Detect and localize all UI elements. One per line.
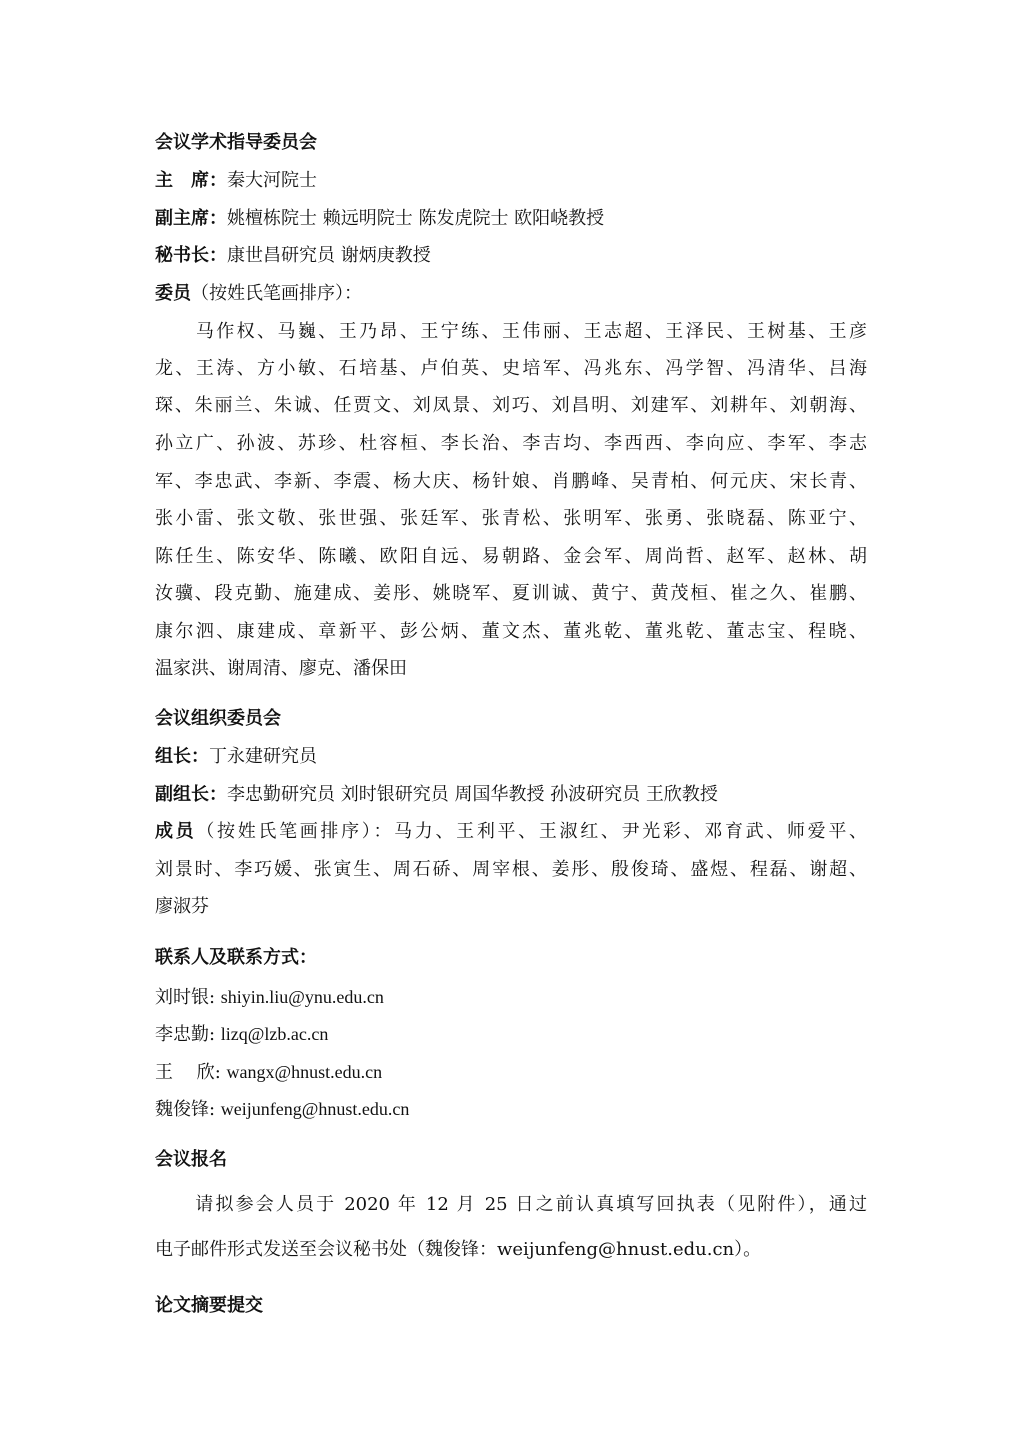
leader-value: 丁永建研究员 <box>209 746 317 767</box>
academic-committee-title: 会议学术指导委员会 <box>155 131 317 155</box>
secretary-value: 康世昌研究员 谢炳庚教授 <box>227 245 431 266</box>
members-line: 孙立广、孙波、苏珍、杜容桓、李长治、李吉均、李西西、李向应、李军、李志 <box>155 432 867 456</box>
contact-item: 李忠勤: lizq@lzb.ac.cn <box>155 1022 328 1047</box>
members-line: 康尔泗、康建成、章新平、彭公炳、董文杰、董兆乾、董兆乾、董志宝、程晓、 <box>155 620 867 644</box>
chair-value: 秦大河院士 <box>227 170 317 191</box>
secretary-row: 秘书长：康世昌研究员 谢炳庚教授 <box>155 244 431 268</box>
contact-item: 王 欣: wangx@hnust.edu.cn <box>155 1060 382 1085</box>
org-members-line: 廖淑芬 <box>155 895 209 919</box>
org-members-first-line: （按姓氏笔画排序）：马力、王利平、王淑红、尹光彩、邓育武、师爱平、 <box>196 821 867 842</box>
chair-row: 主 席：秦大河院士 <box>155 169 317 193</box>
members-line: 龙、王涛、方小敏、石培基、卢伯英、史培军、冯兆东、冯学智、冯清华、吕海 <box>155 357 867 381</box>
contact-item: 刘时银: shiyin.liu@ynu.edu.cn <box>155 985 384 1010</box>
contact-email[interactable]: wangx@hnust.edu.cn <box>227 1062 383 1082</box>
leader-row: 组长：丁永建研究员 <box>155 745 317 769</box>
vice-chair-value: 姚檀栋院士 赖远明院士 陈发虎院士 欧阳峣教授 <box>227 208 604 229</box>
members-line: 军、李忠武、李新、李震、杨大庆、杨针娘、肖鹏峰、吴青柏、何元庆、宋长青、 <box>155 470 867 494</box>
secretary-label: 秘书长： <box>155 245 227 266</box>
chair-label: 主 席： <box>155 170 227 191</box>
vice-chair-row: 副主席：姚檀栋院士 赖远明院士 陈发虎院士 欧阳峣教授 <box>155 207 604 231</box>
vice-leader-row: 副组长：李忠勤研究员 刘时银研究员 周国华教授 孙波研究员 王欣教授 <box>155 783 718 807</box>
members-line: 张小雷、张文敬、张世强、张廷军、张青松、张明军、张勇、张晓磊、陈亚宁、 <box>155 507 867 531</box>
contact-email[interactable]: weijunfeng@hnust.edu.cn <box>221 1099 410 1119</box>
contact-name: 李忠勤 <box>155 1024 209 1045</box>
contacts-title: 联系人及联系方式： <box>155 946 317 970</box>
abstract-submission-title: 论文摘要提交 <box>155 1294 263 1318</box>
members-line: 温家洪、谢周清、廖克、潘保田 <box>155 657 407 681</box>
registration-text: 电子邮件形式发送至会议秘书处（魏俊锋：weijunfeng@hnust.edu.… <box>155 1238 761 1262</box>
vice-leader-value: 李忠勤研究员 刘时银研究员 周国华教授 孙波研究员 王欣教授 <box>227 784 718 805</box>
members-note: （按姓氏笔画排序）： <box>191 283 362 304</box>
registration-text: 请拟参会人员于 2020 年 12 月 25 日之前认真填写回执表（见附件），通… <box>155 1193 867 1217</box>
members-line: 汝骥、段克勤、施建成、姜彤、姚晓军、夏训诚、黄宁、黄茂桓、崔之久、崔鹏、 <box>155 582 867 606</box>
contact-email[interactable]: lizq@lzb.ac.cn <box>221 1024 329 1044</box>
contact-email[interactable]: shiyin.liu@ynu.edu.cn <box>221 987 384 1007</box>
vice-chair-label: 副主席： <box>155 208 227 229</box>
organizing-committee-title: 会议组织委员会 <box>155 707 281 731</box>
contact-name: 王 欣 <box>155 1062 215 1083</box>
registration-title: 会议报名 <box>155 1148 227 1172</box>
members-heading-row: 委员（按姓氏笔画排序）： <box>155 282 362 306</box>
leader-label: 组长： <box>155 746 209 767</box>
org-members-label: 成员 <box>155 821 196 842</box>
members-line: 陈任生、陈安华、陈曦、欧阳自远、易朝路、金会军、周尚哲、赵军、赵林、胡 <box>155 545 867 569</box>
members-label: 委员 <box>155 283 191 304</box>
members-line: 琛、朱丽兰、朱诚、任贾文、刘凤景、刘巧、刘昌明、刘建军、刘耕年、刘朝海、 <box>155 394 867 418</box>
members-line: 马作权、马巍、王乃昂、王宁练、王伟丽、王志超、王泽民、王树基、王彦 <box>155 320 867 344</box>
contact-name: 刘时银 <box>155 987 209 1008</box>
org-members-line: 刘景时、李巧媛、张寅生、周石硚、周宰根、姜彤、殷俊琦、盛煜、程磊、谢超、 <box>155 858 867 882</box>
org-members-row: 成员（按姓氏笔画排序）：马力、王利平、王淑红、尹光彩、邓育武、师爱平、 <box>155 820 867 844</box>
contact-item: 魏俊锋: weijunfeng@hnust.edu.cn <box>155 1097 409 1122</box>
contact-name: 魏俊锋 <box>155 1099 209 1120</box>
vice-leader-label: 副组长： <box>155 784 227 805</box>
